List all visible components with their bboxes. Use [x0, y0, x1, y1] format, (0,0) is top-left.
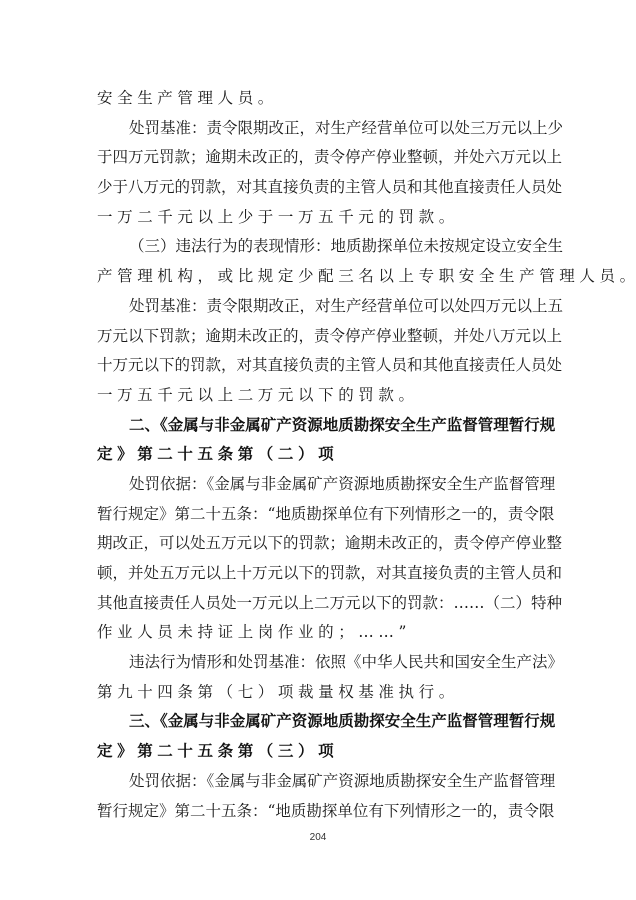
paragraph-continuation: 安全生产管理人员。 — [97, 84, 543, 114]
text-line: 处罚依据：《金属与非金属矿产资源地质勘探安全生产监督管理 — [97, 470, 543, 500]
text-line: 处罚基准：责令限期改正，对生产经营单位可以处四万元以上五 — [97, 292, 543, 322]
text-line: 产管理机构，或比规定少配三名以上专职安全生产管理人员。 — [97, 262, 543, 292]
text-line: 处罚基准：责令限期改正，对生产经营单位可以处三万元以上少 — [97, 114, 543, 144]
text-line: 一万五千元以上二万元以下的罚款。 — [97, 381, 543, 411]
heading-line: 三、《金属与非金属矿产资源地质勘探安全生产监督管理暂行规 — [97, 707, 543, 737]
page-number: 204 — [0, 832, 636, 843]
text-line: 一万二千元以上少于一万五千元的罚款。 — [97, 203, 543, 233]
text-line: 违法行为情形和处罚基准：依照《中华人民共和国安全生产法》 — [97, 648, 543, 678]
text-line: （三）违法行为的表现情形：地质勘探单位未按规定设立安全生 — [97, 232, 543, 262]
text-line: 安全生产管理人员。 — [97, 84, 543, 114]
text-line: 顿，并处五万元以上十万元以下的罚款，对其直接负责的主管人员和 — [97, 559, 543, 589]
text-line: 处罚依据：《金属与非金属矿产资源地质勘探安全生产监督管理 — [97, 767, 543, 797]
heading-line: 定》第二十五条第（三）项 — [97, 737, 543, 767]
paragraph-penalty-basis-3: 处罚依据：《金属与非金属矿产资源地质勘探安全生产监督管理 暂行规定》第二十五条：… — [97, 767, 543, 826]
paragraph-penalty-basis-2: 处罚依据：《金属与非金属矿产资源地质勘探安全生产监督管理 暂行规定》第二十五条：… — [97, 470, 543, 648]
text-line: 第九十四条第（七）项裁量权基准执行。 — [97, 678, 543, 708]
text-line: 暂行规定》第二十五条：“地质勘探单位有下列情形之一的，责令限 — [97, 797, 543, 827]
section-heading-2: 二、《金属与非金属矿产资源地质勘探安全生产监督管理暂行规 定》第二十五条第（二）… — [97, 411, 543, 470]
text-line: 其他直接责任人员处一万元以上二万元以下的罚款：……（二）特种 — [97, 589, 543, 619]
paragraph-penalty-standard-3: 处罚基准：责令限期改正，对生产经营单位可以处四万元以上五 万元以下罚款；逾期未改… — [97, 292, 543, 411]
paragraph-violation-case-3: （三）违法行为的表现情形：地质勘探单位未按规定设立安全生 产管理机构，或比规定少… — [97, 232, 543, 291]
heading-line: 二、《金属与非金属矿产资源地质勘探安全生产监督管理暂行规 — [97, 411, 543, 441]
text-line: 暂行规定》第二十五条：“地质勘探单位有下列情形之一的，责令限 — [97, 500, 543, 530]
text-line: 少于八万元的罚款，对其直接负责的主管人员和其他直接责任人员处 — [97, 173, 543, 203]
text-line: 万元以下罚款；逾期未改正的，责令停产停业整顿，并处八万元以上 — [97, 322, 543, 352]
text-line: 于四万元罚款；逾期未改正的，责令停产停业整顿，并处六万元以上 — [97, 143, 543, 173]
text-line: 期改正，可以处五万元以下的罚款；逾期未改正的，责令停产停业整 — [97, 529, 543, 559]
paragraph-penalty-standard-2: 处罚基准：责令限期改正，对生产经营单位可以处三万元以上少 于四万元罚款；逾期未改… — [97, 114, 543, 233]
heading-line: 定》第二十五条第（二）项 — [97, 440, 543, 470]
document-page: 安全生产管理人员。 处罚基准：责令限期改正，对生产经营单位可以处三万元以上少 于… — [97, 84, 543, 826]
section-heading-3: 三、《金属与非金属矿产资源地质勘探安全生产监督管理暂行规 定》第二十五条第（三）… — [97, 707, 543, 766]
paragraph-violation-and-standard: 违法行为情形和处罚基准：依照《中华人民共和国安全生产法》 第九十四条第（七）项裁… — [97, 648, 543, 707]
text-line: 作业人员未持证上岗作业的；……” — [97, 618, 543, 648]
text-line: 十万元以下的罚款，对其直接负责的主管人员和其他直接责任人员处 — [97, 351, 543, 381]
